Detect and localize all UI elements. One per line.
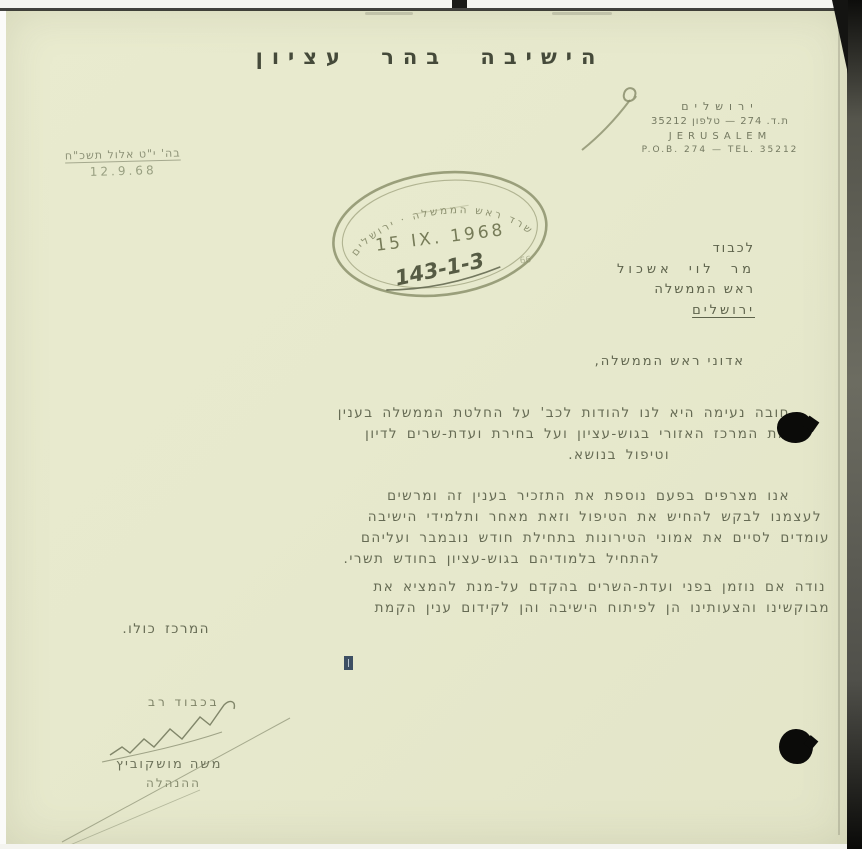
scan-top-edge-line (0, 8, 848, 11)
cursor-artifact-line (348, 659, 349, 667)
pen-checkmark-icon (568, 86, 648, 158)
signer-title: ההנהלה (146, 776, 201, 790)
body-line: מבוקשינו והצעותינו הן לפיתוח הישיבה והן … (40, 598, 830, 619)
paragraph-3: נודה אם נוזמן בפני ועדת-השרים בהקדם על-מ… (40, 577, 830, 640)
letterhead-block: ירושלים ת.ד. 274 — טלפון 35212 JERUSALEM… (640, 99, 800, 157)
scan-right-edge (847, 0, 862, 849)
paper-crease-line (838, 30, 840, 835)
letterhead-city-hebrew: ירושלים (640, 99, 800, 115)
scan-smudge (552, 12, 612, 15)
letterhead-address-english: P.O.B. 274 — TEL. 35212 (640, 144, 800, 157)
body-line: הקמת המרכז האזורי בגוש-עציון ועל בחירת ו… (40, 424, 810, 445)
punch-hole-bottom (779, 729, 813, 764)
stamp-side-note: 66 (519, 255, 532, 266)
punch-hole-top (777, 412, 813, 443)
recipient-block: לכבוד מר לוי אשכול ראש הממשלה ירושלים (617, 239, 755, 321)
scan-bottom-margin (0, 844, 848, 849)
body-line: נודה אם נוזמן בפני ועדת-השרים בהקדם על-מ… (40, 577, 826, 598)
body-line: אנו מצרפים בפעם נוספת את התזכיר בענין זה… (40, 486, 790, 507)
letterhead-city-english: JERUSALEM (640, 129, 800, 144)
recipient-honorific: לכבוד (617, 239, 755, 260)
scan-top-margin (0, 0, 848, 8)
body-line: להתחיל בלמודיהם בגוש-עציון בחודש תשרי. (40, 549, 660, 570)
received-stamp-icon: משרד ראש הממשלה · ירושלים 15 IX. 1968 14… (312, 145, 569, 325)
paragraph-2: אנו מצרפים בפעם נוספת את התזכיר בענין זה… (40, 486, 830, 570)
body-line: עומדים לסיים את אמוני הטירונות בתחילת חו… (40, 528, 830, 549)
cursor-artifact (344, 656, 353, 670)
scan-top-mark (452, 0, 467, 8)
signer-name: משה מושקוביץ (116, 757, 222, 772)
scan-smudge (365, 12, 413, 15)
salutation-line: אדוני ראש הממשלה, (595, 354, 745, 369)
body-line: לעצמנו לבקש להחיש את הטיפול וזאת מאחר ות… (40, 507, 822, 528)
body-line: המרכז כולו. (40, 619, 210, 640)
dateline-block: בה' י"ט אלול תשכ"ח 12.9.68 (28, 146, 219, 181)
recipient-name: מר לוי אשכול (617, 260, 755, 281)
letterhead-address-hebrew: ת.ד. 274 — טלפון 35212 (640, 115, 800, 129)
paragraph-1: חובה נעימה היא לנו להודות לכב' על החלטת … (40, 403, 830, 466)
scanned-letter: הישיבה בהר עציון ירושלים ת.ד. 274 — טלפו… (0, 0, 862, 849)
recipient-role: ראש הממשלה (617, 280, 755, 301)
body-line: חובה נעימה היא לנו להודות לכב' על החלטת … (40, 403, 790, 424)
body-line: וטיפול בנושא. (40, 445, 670, 466)
recipient-city: ירושלים (617, 301, 755, 322)
letter-title: הישיבה בהר עציון (170, 45, 690, 69)
